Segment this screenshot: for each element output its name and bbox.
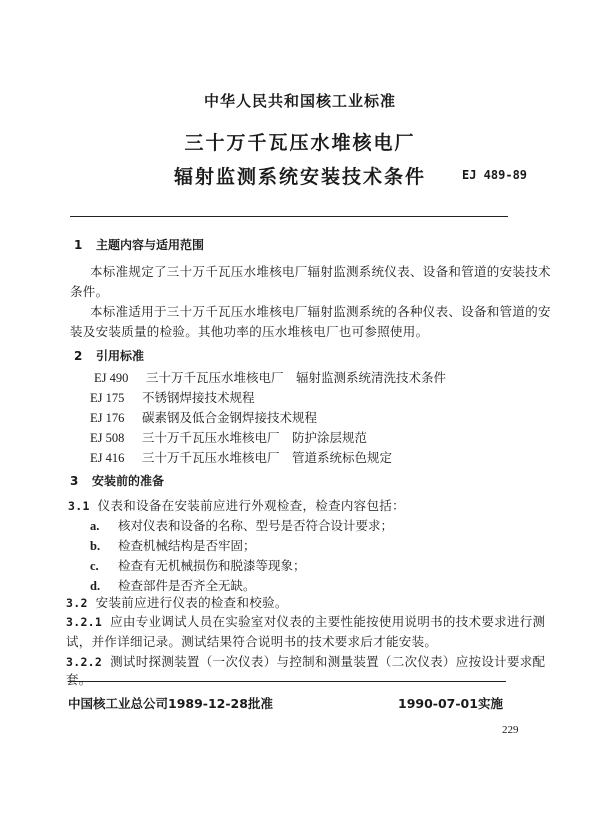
item-text: 检查有无机械损伤和脱漆等现象； (118, 558, 306, 573)
clause-3-1: 3.1仪表和设备在安装前应进行外观检查，检查内容包括： (68, 496, 405, 514)
item-text: 核对仪表和设备的名称、型号是否符合设计要求； (118, 518, 393, 533)
reference-title: 三十万千瓦压水堆核电厂 管道系统标色规定 (142, 450, 392, 465)
reference-code: EJ 490 (94, 371, 146, 386)
clause-number: 3.2.2 (66, 655, 102, 669)
section-title: 安装前的准备 (92, 474, 164, 488)
reference-item: EJ 175不锈钢焊接技术规程 (90, 388, 255, 406)
item-text: 检查机械结构是否牢固； (118, 538, 256, 553)
item-marker: a. (90, 519, 118, 534)
checklist-item: a.核对仪表和设备的名称、型号是否符合设计要求； (90, 516, 393, 534)
section-3-heading: 3安装前的准备 (70, 472, 164, 489)
clause-3-2-2-line2: 套。 (66, 670, 92, 688)
clause-number: 3.1 (68, 499, 90, 513)
item-marker: c. (90, 559, 118, 574)
section-title: 引用标准 (96, 349, 144, 363)
reference-code: EJ 175 (90, 391, 142, 406)
reference-item: EJ 416三十万千瓦压水堆核电厂 管道系统标色规定 (90, 448, 392, 466)
reference-title: 三十万千瓦压水堆核电厂 辐射监测系统清洗技术条件 (146, 370, 446, 385)
reference-code: EJ 508 (90, 431, 142, 446)
standard-code: EJ 489-89 (462, 168, 527, 182)
clause-3-2-1-line1: 3.2.1应由专业调试人员在实验室对仪表的主要性能按使用说明书的技术要求进行测 (66, 612, 545, 630)
reference-item: EJ 508三十万千瓦压水堆核电厂 防护涂层规范 (90, 428, 367, 446)
section-title: 主题内容与适用范围 (96, 238, 204, 252)
reference-title: 三十万千瓦压水堆核电厂 防护涂层规范 (142, 430, 367, 445)
clause-3-2-2-line1: 3.2.2测试时探测装置（一次仪表）与控制和测量装置（二次仪表）应按设计要求配 (66, 652, 545, 670)
approval-statement: 中国核工业总公司1989-12-28批准 (68, 694, 273, 712)
reference-item: EJ 490三十万千瓦压水堆核电厂 辐射监测系统清洗技术条件 (94, 368, 446, 386)
section-1-paragraph-2-line1: 本标准适用于三十万千瓦压水堆核电厂辐射监测系统的各种仪表、设备和管道的安 (90, 302, 551, 320)
section-1-paragraph-1-line1: 本标准规定了三十万千瓦压水堆核电厂辐射监测系统仪表、设备和管道的安装技术 (90, 262, 551, 280)
section-2-heading: 2引用标准 (74, 347, 144, 364)
section-number: 1 (74, 238, 96, 252)
checklist-item: b.检查机械结构是否牢固； (90, 536, 256, 554)
clause-text: 安装前应进行仪表的检查和校验。 (96, 595, 288, 610)
item-text: 检查部件是否齐全无缺。 (118, 578, 256, 593)
footer-divider (68, 681, 506, 682)
item-marker: d. (90, 579, 118, 594)
header-divider (70, 216, 508, 217)
section-number: 3 (70, 474, 92, 488)
checklist-item: c.检查有无机械损伤和脱漆等现象； (90, 556, 306, 574)
clause-text: 测试时探测装置（一次仪表）与控制和测量装置（二次仪表）应按设计要求配 (110, 654, 545, 669)
issuing-authority-title: 中华人民共和国核工业标准 (0, 90, 600, 111)
document-title-line1: 三十万千瓦压水堆核电厂 (0, 128, 600, 155)
section-1-paragraph-2-line2: 装及安装质量的检验。其他功率的压水堆核电厂也可参照使用。 (70, 322, 428, 340)
section-1-paragraph-1-line2: 条件。 (70, 282, 108, 300)
section-number: 2 (74, 349, 96, 363)
clause-3-2-1-line2: 试，并作详细记录。测试结果符合说明书的技术要求后才能安装。 (66, 632, 437, 650)
page-number: 229 (502, 724, 519, 736)
reference-title: 碳素钢及低合金钢焊接技术规程 (142, 410, 317, 425)
clause-number: 3.2.1 (66, 615, 102, 629)
clause-text: 应由专业调试人员在实验室对仪表的主要性能按使用说明书的技术要求进行测 (110, 614, 545, 629)
reference-title: 不锈钢焊接技术规程 (142, 390, 255, 405)
effective-date: 1990-07-01实施 (398, 694, 503, 712)
reference-item: EJ 176碳素钢及低合金钢焊接技术规程 (90, 408, 317, 426)
section-1-heading: 1主题内容与适用范围 (74, 236, 204, 253)
reference-code: EJ 176 (90, 411, 142, 426)
clause-text: 仪表和设备在安装前应进行外观检查，检查内容包括： (98, 498, 405, 513)
clause-number: 3.2 (66, 596, 88, 610)
checklist-item: d.检查部件是否齐全无缺。 (90, 576, 256, 594)
clause-3-2: 3.2安装前应进行仪表的检查和校验。 (66, 593, 288, 611)
reference-code: EJ 416 (90, 451, 142, 466)
item-marker: b. (90, 539, 118, 554)
